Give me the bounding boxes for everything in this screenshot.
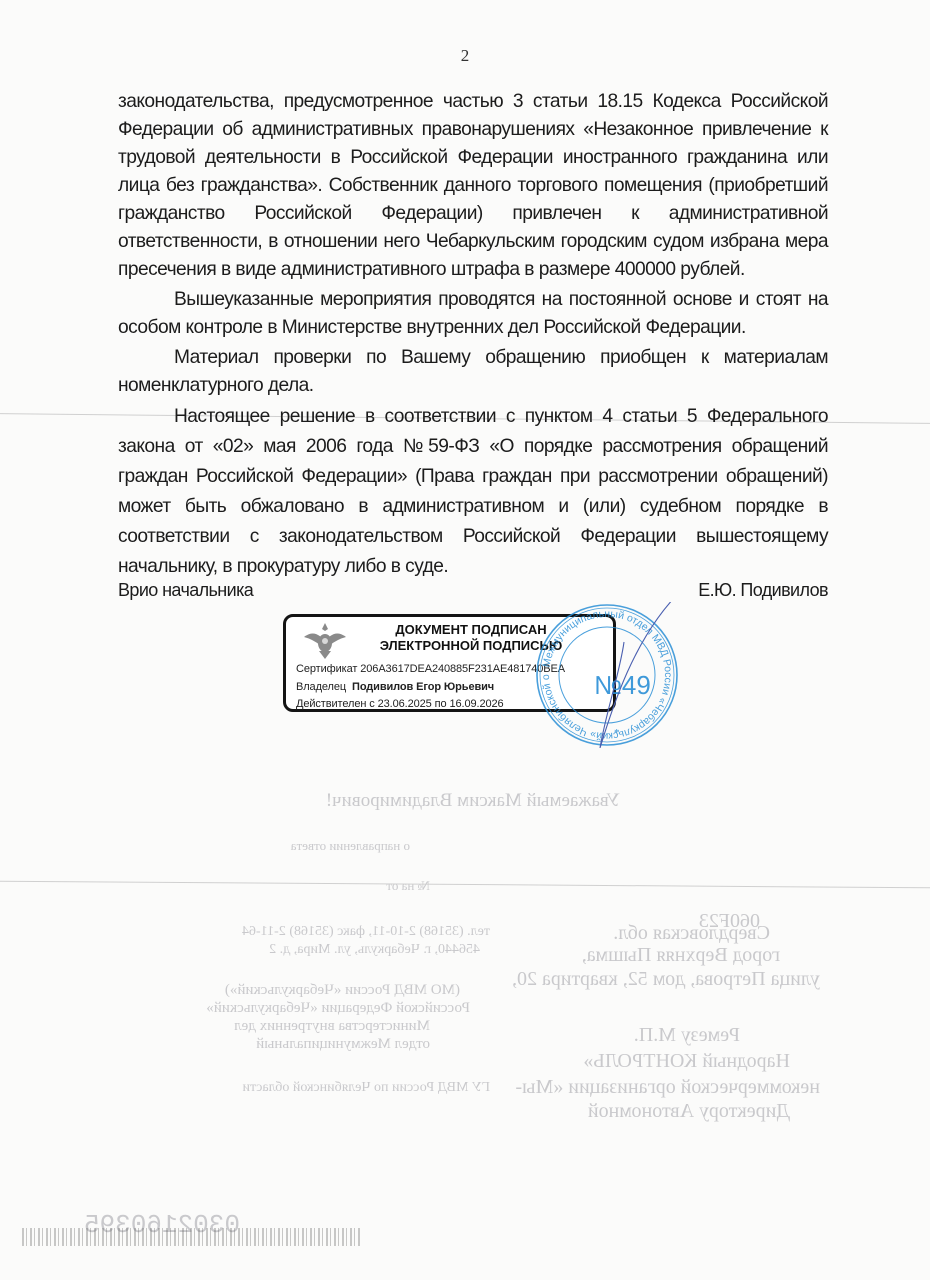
validity-line: Действителен с 23.06.2025 по 16.09.2026	[296, 698, 504, 710]
paper-fold-line	[0, 881, 930, 888]
esig-title: ДОКУМЕНТ ПОДПИСАН ЭЛЕКТРОННОЙ ПОДПИСЬЮ	[346, 622, 596, 654]
bleed-line: Уважаемый Максим Владимирович!	[326, 790, 620, 812]
bleed-line: тел. (35168) 2-10-11, факс (35168) 2-11-…	[242, 924, 490, 940]
bleed-line: 060F23	[699, 910, 760, 933]
bleed-line: Российской Федерации «Чебаркульский»	[206, 1000, 470, 1017]
bleed-line: № на от	[386, 878, 430, 894]
bleed-line: некоммерческой организации «Мы-	[515, 1076, 820, 1099]
owner-name: Подивилов Егор Юрьевич	[352, 681, 494, 693]
paragraph: законодательства, предусмотренное частью…	[118, 88, 828, 284]
bleed-line: город Верхняя Пышма,	[582, 944, 780, 967]
reverse-barcode	[22, 1228, 362, 1246]
paragraph: Материал проверки по Вашему обращению пр…	[118, 344, 828, 400]
signature-block: Врио начальника Е.Ю. Подивилов	[118, 580, 828, 601]
bleed-line: улица Петрова, дом 52, квартира 20,	[512, 968, 820, 991]
bleed-line: Народный КОНТРОЛЬ»	[583, 1050, 790, 1073]
certificate-number: 206A3617DEA240885F231AE481740BEA	[360, 663, 565, 675]
signatory-position: Врио начальника	[118, 580, 253, 601]
certificate-line: Сертификат 206A3617DEA240885F231AE481740…	[296, 663, 565, 675]
bleed-line: (МО МВД России «Чебаркульский»)	[225, 982, 460, 999]
letter-body: законодательства, предусмотренное частью…	[118, 88, 828, 582]
bleed-line: 456440, г. Чебаркуль, ул. Мира, д. 2	[269, 942, 480, 958]
bleed-line: отдел Межмуниципальный	[256, 1036, 430, 1053]
bleed-line: Свердловская обл.	[613, 922, 770, 945]
stamp-star-icon: *	[614, 727, 620, 739]
bleed-line: Министерства внутренних дел	[234, 1018, 430, 1035]
signatory-name: Е.Ю. Подивилов	[698, 580, 828, 601]
bleed-line: Директору Автономной	[588, 1100, 790, 1123]
electronic-signature-box: ДОКУМЕНТ ПОДПИСАН ЭЛЕКТРОННОЙ ПОДПИСЬЮ С…	[283, 614, 616, 712]
paragraph: Настоящее решение в соответствии с пункт…	[118, 402, 828, 582]
bleed-line: ГУ МВД России по Челябинской области	[243, 1080, 490, 1096]
owner-line: Владелец Подивилов Егор Юрьевич	[296, 681, 494, 693]
bleed-line: о направлении ответа	[291, 838, 410, 854]
mvd-emblem-icon	[302, 621, 348, 661]
bleed-line: Ремезу М.П.	[634, 1024, 740, 1047]
page-number: 2	[0, 46, 930, 66]
paragraph: Вышеуказанные мероприятия проводятся на …	[118, 286, 828, 342]
